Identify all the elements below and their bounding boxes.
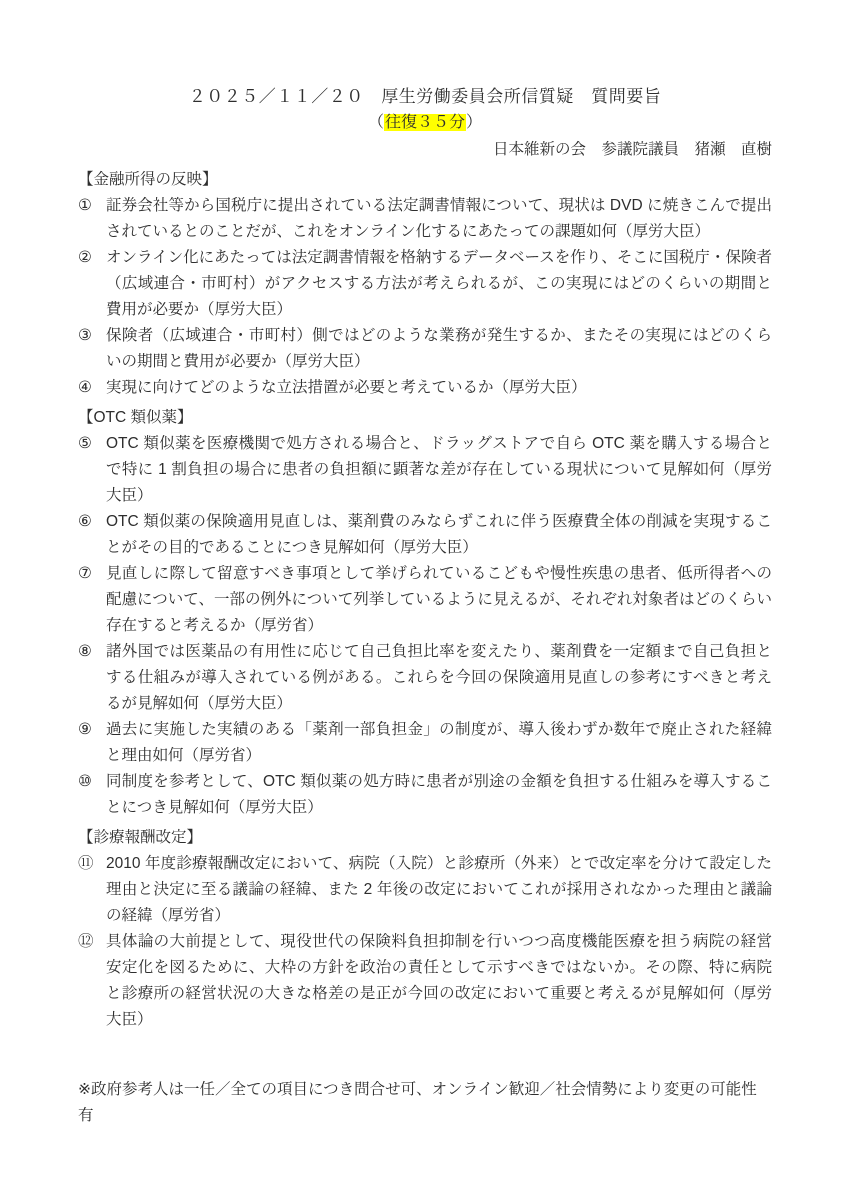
question-sections: 【金融所得の反映】①証券会社等から国税庁に提出されている法定調書情報について、現… — [78, 167, 772, 1033]
item-text: 証券会社等から国税庁に提出されている法定調書情報について、現状は DVD に焼き… — [106, 193, 772, 245]
document-page: ２０２５／１１／２０ 厚生労働委員会所信質疑 質問要旨 （往復３５分） 日本維新… — [0, 0, 849, 1200]
question-item: ⑦見直しに際して留意すべき事項として挙げられているこどもや慢性疾患の患者、低所得… — [78, 561, 772, 639]
item-text: 具体論の大前提として、現役世代の保険料負担抑制を行いつつ高度機能医療を担う病院の… — [106, 929, 772, 1033]
question-item: ①証券会社等から国税庁に提出されている法定調書情報について、現状は DVD に焼… — [78, 193, 772, 245]
item-text: 実現に向けてどのような立法措置が必要と考えているか（厚労大臣） — [106, 375, 772, 401]
question-item: ⑤OTC 類似薬を医療機関で処方される場合と、ドラッグストアで自ら OTC 薬を… — [78, 431, 772, 509]
item-text: オンライン化にあたっては法定調書情報を格納するデータベースを作り、そこに国税庁・… — [106, 245, 772, 323]
footnote: ※政府参考人は一任／全ての項目につき問合せ可、オンライン歓迎／社会情勢により変更… — [78, 1077, 772, 1129]
item-text: 同制度を参考として、OTC 類似薬の処方時に患者が別途の金額を負担する仕組みを導… — [106, 769, 772, 821]
document-title: ２０２５／１１／２０ 厚生労働委員会所信質疑 質問要旨 — [78, 84, 772, 110]
item-number: ⑧ — [78, 639, 106, 717]
question-item: ④実現に向けてどのような立法措置が必要と考えているか（厚労大臣） — [78, 375, 772, 401]
question-item: ②オンライン化にあたっては法定調書情報を格納するデータベースを作り、そこに国税庁… — [78, 245, 772, 323]
item-text: 過去に実施した実績のある「薬剤一部負担金」の制度が、導入後わずか数年で廃止された… — [106, 717, 772, 769]
section-heading: 【OTC 類似薬】 — [78, 405, 772, 431]
item-number: ⑦ — [78, 561, 106, 639]
item-number: ① — [78, 193, 106, 245]
question-item: ⑪2010 年度診療報酬改定において、病院（入院）と診療所（外来）とで改定率を分… — [78, 851, 772, 929]
item-number: ④ — [78, 375, 106, 401]
item-number: ⑥ — [78, 509, 106, 561]
item-text: 保険者（広域連合・市町村）側ではどのような業務が発生するか、またその実現にはどの… — [106, 323, 772, 375]
duration-suffix: ） — [466, 114, 482, 131]
item-number: ⑩ — [78, 769, 106, 821]
question-item: ⑫具体論の大前提として、現役世代の保険料負担抑制を行いつつ高度機能医療を担う病院… — [78, 929, 772, 1033]
section-heading: 【診療報酬改定】 — [78, 825, 772, 851]
author-byline: 日本維新の会 参議院議員 猪瀬 直樹 — [78, 136, 772, 163]
item-text: 諸外国では医薬品の有用性に応じて自己負担比率を変えたり、薬剤費を一定額まで自己負… — [106, 639, 772, 717]
item-number: ⑫ — [78, 929, 106, 1033]
duration-prefix: （ — [368, 114, 384, 131]
item-text: 見直しに際して留意すべき事項として挙げられているこどもや慢性疾患の患者、低所得者… — [106, 561, 772, 639]
item-number: ③ — [78, 323, 106, 375]
item-number: ⑤ — [78, 431, 106, 509]
question-item: ③保険者（広域連合・市町村）側ではどのような業務が発生するか、またその実現にはど… — [78, 323, 772, 375]
duration-note: （往復３５分） — [78, 110, 772, 136]
question-item: ⑥OTC 類似薬の保険適用見直しは、薬剤費のみならずこれに伴う医療費全体の削減を… — [78, 509, 772, 561]
question-item: ⑩同制度を参考として、OTC 類似薬の処方時に患者が別途の金額を負担する仕組みを… — [78, 769, 772, 821]
duration-highlight: 往復３５分 — [384, 114, 466, 131]
item-number: ⑪ — [78, 851, 106, 929]
item-text: 2010 年度診療報酬改定において、病院（入院）と診療所（外来）とで改定率を分け… — [106, 851, 772, 929]
item-text: OTC 類似薬を医療機関で処方される場合と、ドラッグストアで自ら OTC 薬を購… — [106, 431, 772, 509]
question-item: ⑧諸外国では医薬品の有用性に応じて自己負担比率を変えたり、薬剤費を一定額まで自己… — [78, 639, 772, 717]
item-number: ② — [78, 245, 106, 323]
section-heading: 【金融所得の反映】 — [78, 167, 772, 193]
question-item: ⑨過去に実施した実績のある「薬剤一部負担金」の制度が、導入後わずか数年で廃止され… — [78, 717, 772, 769]
item-text: OTC 類似薬の保険適用見直しは、薬剤費のみならずこれに伴う医療費全体の削減を実… — [106, 509, 772, 561]
item-number: ⑨ — [78, 717, 106, 769]
document-content: ２０２５／１１／２０ 厚生労働委員会所信質疑 質問要旨 （往復３５分） 日本維新… — [78, 84, 772, 1129]
